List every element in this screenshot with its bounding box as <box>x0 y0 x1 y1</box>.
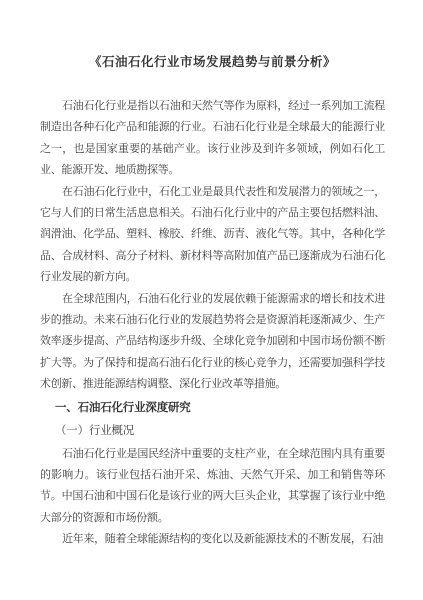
section-1-paragraph-2: 近年来，随着全球能源结构的变化以及新能源技术的不断发展，石油 <box>40 529 385 550</box>
intro-paragraph-1: 石油石化行业是指以石油和天然气等作为原料，经过一系列加工流程制造出各种石化产品和… <box>40 96 385 182</box>
section-1-subheading: （一）行业概况 <box>40 421 385 442</box>
intro-paragraph-2: 在石油石化行业中，石化工业是最具代表性和发展潜力的领域之一，它与人们的日常生活息… <box>40 182 385 289</box>
document-page: 《石油石化行业市场发展趋势与前景分析》 石油石化行业是指以石油和天然气等作为原料… <box>0 0 423 600</box>
section-1-paragraph-1: 石油石化行业是国民经济中重要的支柱产业，在全球范围内具有重要的影响力。该行业包括… <box>40 444 385 530</box>
intro-paragraph-3: 在全球范围内，石油石化行业的发展依赖于能源需求的增长和技术进步的推动。未来石油石… <box>40 289 385 396</box>
section-1-heading: 一、石油石化行业深度研究 <box>40 398 385 419</box>
document-title: 《石油石化行业市场发展趋势与前景分析》 <box>40 54 385 71</box>
